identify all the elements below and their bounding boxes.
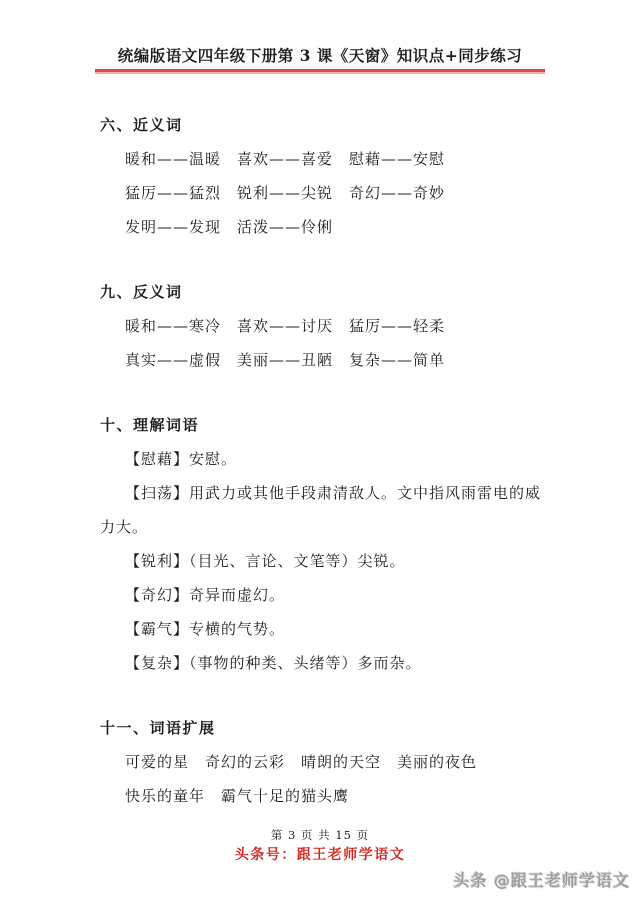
toutiao-watermark: 头条 @跟王老师学语文 [453, 868, 630, 891]
definition-line: 【复杂】（事物的种类、头绪等）多而杂。 [100, 646, 546, 680]
definition-line: 【霸气】专横的气势。 [100, 612, 546, 646]
title-underline [95, 69, 545, 74]
definition-line: 【奇幻】奇异而虚幻。 [100, 578, 546, 612]
phrase-line: 可爱的星 奇幻的云彩 晴朗的天空 美丽的夜色 [100, 745, 546, 779]
word-pair-line: 猛厉——猛烈 锐利——尖锐 奇幻——奇妙 [100, 176, 546, 210]
document-page: 统编版语文四年级下册第 3 课《天窗》知识点+同步练习 六、近义词 暖和——温暖… [0, 0, 640, 905]
section-word-definitions: 十、理解词语 【慰藉】安慰。 【扫荡】用武力或其他手段肃清敌人。文中指风雨雷电的… [100, 408, 546, 680]
channel-attribution: 头条号：跟王老师学语文 [0, 844, 640, 864]
definition-line: 【慰藉】安慰。 [100, 442, 546, 476]
word-pair-line: 真实——虚假 美丽——丑陋 复杂——简单 [100, 343, 546, 377]
section-heading: 九、反义词 [100, 275, 546, 309]
word-pair-line: 发明——发现 活泼——伶俐 [100, 210, 546, 244]
page-title: 统编版语文四年级下册第 3 课《天窗》知识点+同步练习 [0, 44, 640, 66]
section-word-expansion: 十一、词语扩展 可爱的星 奇幻的云彩 晴朗的天空 美丽的夜色 快乐的童年 霸气十… [100, 711, 546, 813]
definition-line: 【扫荡】用武力或其他手段肃清敌人。文中指风雨雷电的威力大。 [100, 476, 546, 544]
section-heading: 十一、词语扩展 [100, 711, 546, 745]
word-pair-line: 暖和——寒冷 喜欢——讨厌 猛厉——轻柔 [100, 309, 546, 343]
page-number-indicator: 第 3 页 共 15 页 [0, 827, 640, 843]
section-heading: 六、近义词 [100, 108, 546, 142]
document-body: 六、近义词 暖和——温暖 喜欢——喜爱 慰藉——安慰 猛厉——猛烈 锐利——尖锐… [100, 108, 546, 813]
section-heading: 十、理解词语 [100, 408, 546, 442]
word-pair-line: 暖和——温暖 喜欢——喜爱 慰藉——安慰 [100, 142, 546, 176]
section-antonyms: 九、反义词 暖和——寒冷 喜欢——讨厌 猛厉——轻柔 真实——虚假 美丽——丑陋… [100, 275, 546, 377]
phrase-line: 快乐的童年 霸气十足的猫头鹰 [100, 779, 546, 813]
definition-line: 【锐利】（目光、言论、文笔等）尖锐。 [100, 544, 546, 578]
section-synonyms: 六、近义词 暖和——温暖 喜欢——喜爱 慰藉——安慰 猛厉——猛烈 锐利——尖锐… [100, 108, 546, 244]
